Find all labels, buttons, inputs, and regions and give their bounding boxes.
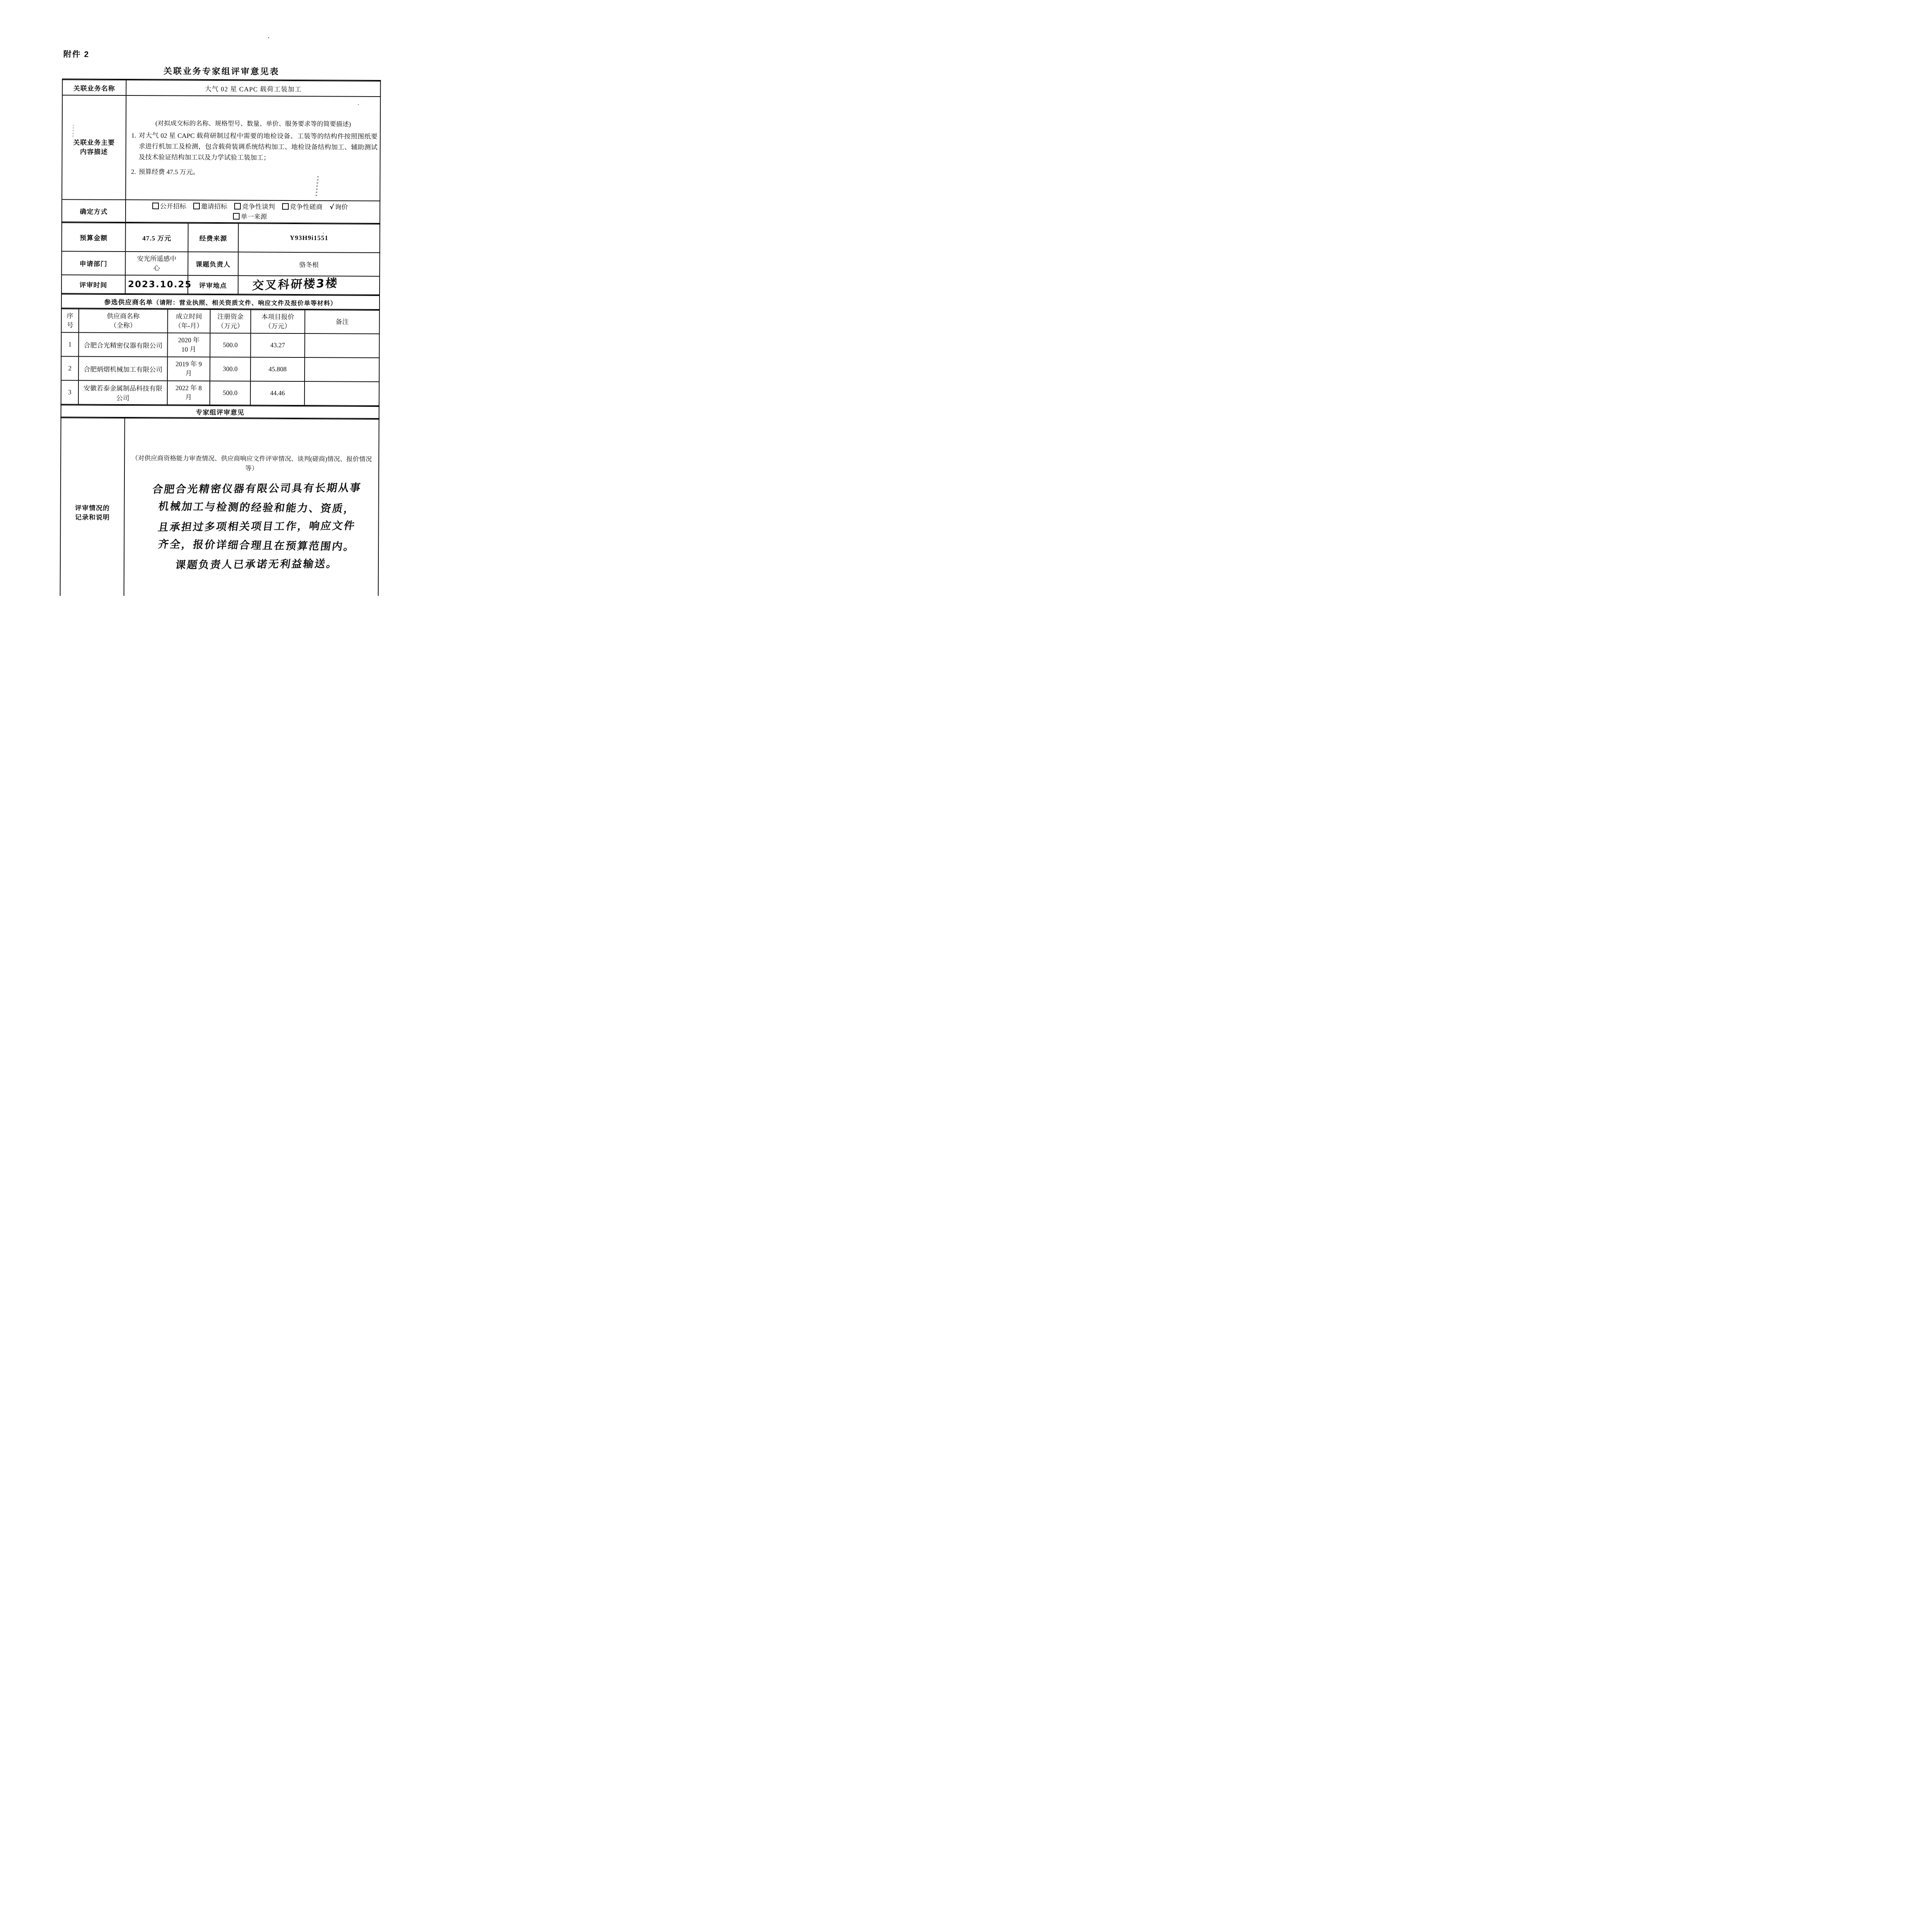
table-row: 申请部门 安光所遥感中心 课题负责人 骆冬根	[61, 251, 380, 276]
method-options-line2: 单一来源	[128, 211, 377, 222]
supplier-section-title: 参选供应商名单	[104, 298, 153, 306]
check-mark-icon: √	[330, 203, 334, 211]
option-label: 邀请招标	[201, 202, 227, 210]
supplier-section-note: （请附：营业执照、相关资质文件、响应文件及报价单等材料）	[153, 299, 337, 307]
record-label-line2: 记录和说明	[63, 513, 121, 522]
checkbox-icon	[152, 202, 159, 209]
table-row: 参选供应商名单（请附：营业执照、相关资质文件、响应文件及报价单等材料）	[61, 294, 380, 310]
supplier-price: 43.27	[250, 333, 305, 357]
handwriting-line: 且承担过多项相关项目工作，响应文件	[136, 516, 378, 537]
review-form-table: 关联业务名称 大气 02 星 CAPC 载荷工装加工 关联业务主要 内容描述 (…	[60, 78, 381, 596]
description-label-line2: 内容描述	[65, 147, 123, 157]
table-row: 评审情况的 记录和说明 （对供应商资格能力审查情况、供应商响应文件评审情况、谈判…	[60, 418, 379, 596]
checkbox-icon	[193, 202, 200, 209]
budget-value: 47.5 万元	[126, 223, 188, 252]
supplier-note	[305, 357, 379, 382]
option-label: 公开招标	[160, 202, 186, 210]
option-single-source: 单一来源	[233, 213, 267, 220]
project-leader-value: 骆冬根	[238, 252, 380, 276]
supplier-row-2: 2 合肥炳熠机械加工有限公司 2019 年 9月 300.0 45.808	[61, 356, 379, 382]
handwriting-line: 合肥合光精密仪器有限公司具有长期从事	[136, 478, 378, 499]
document-page: 附件 2 关联业务专家组评审意见表 关联业务名称 大气 02 星 CAPC 载荷…	[0, 0, 425, 596]
supplier-note	[305, 381, 379, 406]
scan-sheet: 附件 2 关联业务专家组评审意见表 关联业务名称 大气 02 星 CAPC 载荷…	[0, 0, 425, 596]
supplier-capital: 500.0	[210, 333, 250, 357]
department-value: 安光所遥感中心	[125, 252, 188, 276]
option-label: 单一来源	[241, 213, 267, 220]
col-header-no: 序号	[61, 309, 79, 332]
scan-artifact	[315, 176, 319, 198]
checkbox-icon	[234, 203, 241, 209]
table-row: 评审时间 2023.10.25 评审地点 交叉科研楼3楼	[61, 275, 380, 295]
supplier-row-1: 1 合肥合光精密仪器有限公司 2020 年10 月 500.0 43.27	[61, 332, 379, 358]
table-row: 关联业务主要 内容描述 (对拟成交标的名称、规格型号、数量、单价、服务要求等的简…	[62, 95, 380, 201]
band-opinion: 评审情况的 记录和说明 （对供应商资格能力审查情况、供应商响应文件评审情况、谈判…	[60, 417, 379, 596]
supplier-price: 44.46	[250, 381, 305, 405]
department-label: 申请部门	[61, 251, 125, 275]
fund-source-value: Y93H9i1551	[238, 223, 380, 253]
col-header-price: 本项目报价（万元）	[251, 310, 305, 333]
review-place-value: 交叉科研楼3楼	[238, 276, 380, 295]
scan-artifact	[72, 125, 74, 136]
fund-source-label: 经费来源	[188, 223, 238, 252]
record-label-line1: 评审情况的	[63, 503, 122, 513]
review-time-value: 2023.10.25	[125, 275, 188, 294]
table-row: 确定方式 公开招标 邀请招标 竞争性谈判 竞争性磋商 √询价 单一来源	[62, 199, 380, 223]
description-hint: (对拟成交标的名称、规格型号、数量、单价、服务要求等的简要描述)	[129, 118, 378, 129]
scan-speck	[358, 104, 359, 105]
handwriting-line: 机械加工与检测的经验和能力、资质，	[137, 497, 377, 519]
handwritten-date: 2023.10.25	[128, 279, 192, 290]
supplier-name: 合肥炳熠机械加工有限公司	[78, 356, 167, 381]
col-header-founded: 成立时间（年-月）	[168, 309, 210, 333]
band-budget: 预算金额 47.5 万元 经费来源 Y93H9i1551 申请部门 安光所遥感中…	[61, 222, 380, 295]
supplier-founded: 2019 年 9月	[167, 357, 210, 381]
attachment-label: 附件 2	[63, 48, 90, 60]
supplier-row-3: 3 安徽若泰金属制品科技有限公司 2022 年 8月 500.0 44.46	[61, 380, 379, 406]
table-row: 预算金额 47.5 万元 经费来源 Y93H9i1551	[62, 223, 380, 253]
supplier-note	[305, 333, 379, 358]
supplier-no: 3	[61, 380, 78, 404]
handwritten-place: 交叉科研楼3楼	[252, 274, 339, 293]
checkbox-icon	[233, 213, 240, 219]
supplier-founded: 2022 年 8月	[167, 381, 210, 405]
col-header-note: 备注	[305, 310, 380, 334]
opinion-section-title: 专家组评审意见	[61, 405, 379, 418]
description-label-line1: 关联业务主要	[65, 138, 123, 148]
description-label: 关联业务主要 内容描述	[62, 95, 126, 200]
business-name-label: 关联业务名称	[62, 80, 126, 95]
description-cell: (对拟成交标的名称、规格型号、数量、单价、服务要求等的简要描述) 1. 对大气 …	[126, 95, 380, 201]
handwriting-line: 课题负责人已承诺无利益输送。	[136, 554, 377, 575]
method-options-line1: 公开招标 邀请招标 竞争性谈判 竞争性磋商 √询价	[128, 201, 377, 213]
option-inquiry-checked: √询价	[330, 203, 348, 211]
record-label: 评审情况的 记录和说明	[60, 418, 124, 596]
item-number: 2.	[128, 167, 138, 177]
supplier-name: 安徽若泰金属制品科技有限公司	[78, 380, 167, 405]
item-text: 预算经费 47.5 万元。	[138, 167, 377, 179]
table-row: 关联业务名称 大气 02 星 CAPC 载荷工装加工	[62, 80, 380, 97]
supplier-section-header: 参选供应商名单（请附：营业执照、相关资质文件、响应文件及报价单等材料）	[61, 294, 380, 310]
supplier-capital: 300.0	[210, 357, 250, 381]
supplier-table: 序号 供应商名称（全称） 成立时间（年-月） 注册资金（万元） 本项目报价（万元…	[61, 308, 380, 406]
supplier-price: 45.808	[250, 357, 305, 381]
option-competitive-consultation: 竞争性磋商	[282, 203, 323, 210]
opinion-cell: （对供应商资格能力审查情况、供应商响应文件评审情况、谈判(磋商)情况、报价情况等…	[124, 418, 379, 596]
option-label: 竞争性磋商	[290, 203, 323, 210]
method-label: 确定方式	[62, 199, 126, 222]
method-options-cell: 公开招标 邀请招标 竞争性谈判 竞争性磋商 √询价 单一来源	[126, 200, 380, 223]
business-name-value: 大气 02 星 CAPC 载荷工装加工	[126, 80, 380, 97]
supplier-founded: 2020 年10 月	[167, 333, 210, 357]
band-opinion-title: 专家组评审意见	[61, 405, 380, 419]
scan-speck	[323, 233, 324, 233]
description-item-2: 2. 预算经费 47.5 万元。	[128, 167, 377, 179]
supplier-name: 合肥合光精密仪器有限公司	[78, 332, 167, 357]
review-place-label: 评审地点	[188, 276, 238, 294]
budget-label: 预算金额	[62, 223, 126, 252]
page-title: 关联业务专家组评审意见表	[62, 64, 381, 78]
band-supplier-title: 参选供应商名单（请附：营业执照、相关资质文件、响应文件及报价单等材料）	[61, 294, 380, 310]
option-invited-bidding: 邀请招标	[193, 202, 227, 210]
opinion-hint: （对供应商资格能力审查情况、供应商响应文件评审情况、谈判(磋商)情况、报价情况等…	[127, 453, 376, 474]
handwriting-line: 齐全，报价详细合理且在预算范围内。	[136, 534, 377, 556]
table-row: 专家组评审意见	[61, 405, 379, 418]
item-number: 1.	[129, 130, 139, 163]
item-text: 对大气 02 星 CAPC 载荷研制过程中需要的地检设备、工装等的结构件按照图纸…	[139, 130, 378, 164]
checkbox-icon	[282, 203, 289, 209]
scan-speck	[268, 37, 269, 38]
project-leader-label: 课题负责人	[188, 252, 238, 276]
option-label: 竞争性谈判	[242, 203, 275, 210]
option-public-bidding: 公开招标	[152, 202, 186, 210]
supplier-no: 2	[61, 356, 78, 380]
band-general: 关联业务名称 大气 02 星 CAPC 载荷工装加工 关联业务主要 内容描述 (…	[61, 79, 381, 224]
supplier-capital: 500.0	[210, 381, 250, 405]
description-item-1: 1. 对大气 02 星 CAPC 载荷研制过程中需要的地检设备、工装等的结构件按…	[129, 130, 378, 164]
option-competitive-negotiation: 竞争性谈判	[234, 203, 275, 210]
handwritten-opinion: 合肥合光精密仪器有限公司具有长期从事 机械加工与检测的经验和能力、资质， 且承担…	[127, 479, 376, 575]
supplier-no: 1	[61, 332, 78, 356]
review-time-label: 评审时间	[61, 275, 125, 294]
supplier-header-row: 序号 供应商名称（全称） 成立时间（年-月） 注册资金（万元） 本项目报价（万元…	[61, 309, 380, 334]
col-header-capital: 注册资金（万元）	[210, 310, 251, 333]
option-label: 询价	[335, 203, 348, 211]
col-header-name: 供应商名称（全称）	[79, 309, 168, 333]
